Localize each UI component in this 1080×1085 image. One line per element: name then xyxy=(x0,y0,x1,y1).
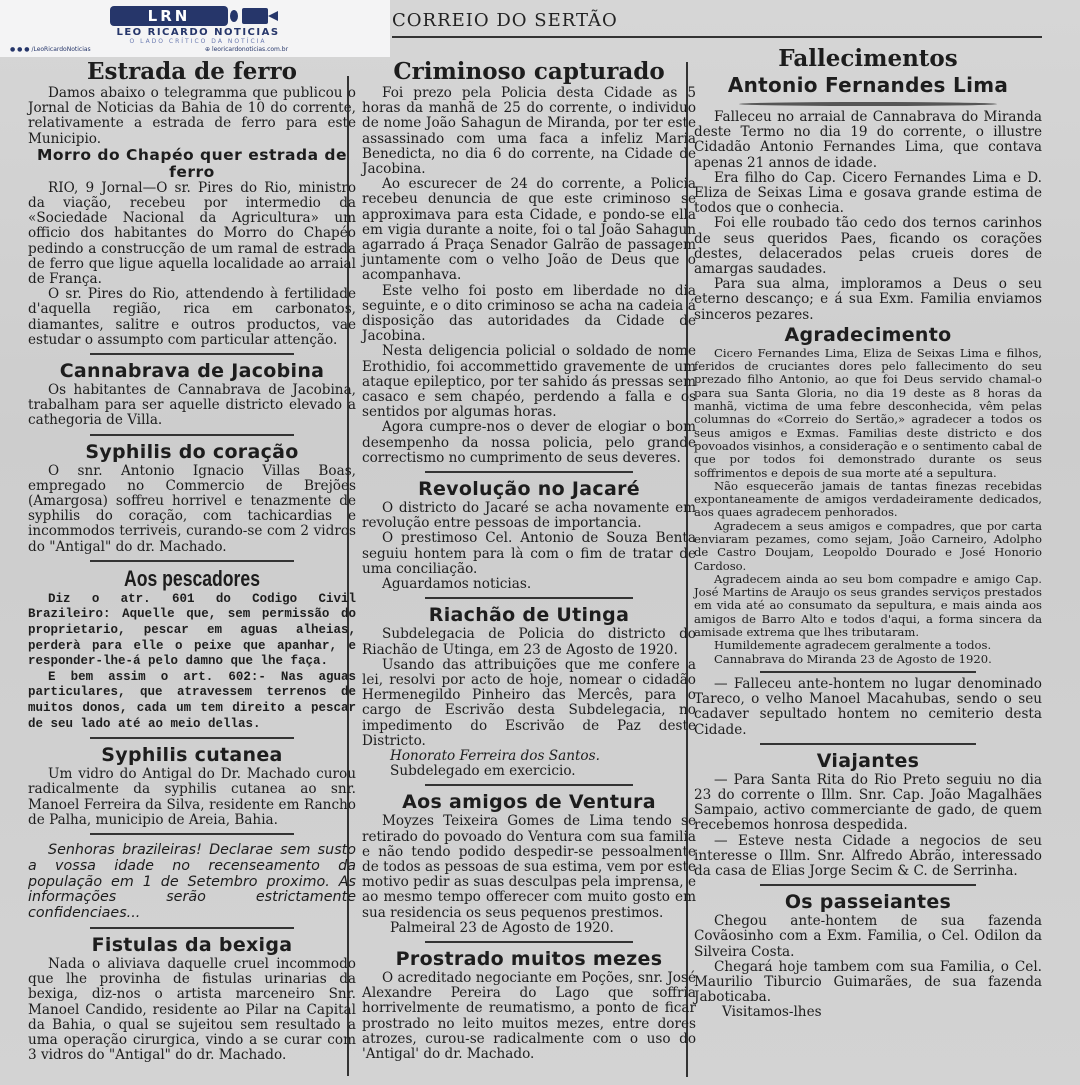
paragraph: O districto do Jacaré se acha novamente … xyxy=(362,501,696,531)
headline: Riachão de Utinga xyxy=(362,603,696,627)
masthead-rule xyxy=(392,36,1042,38)
paragraph: Chegou ante-hontem de sua fazenda Covãos… xyxy=(694,914,1042,960)
paragraph: Chegará hoje tambem com sua Familia, o C… xyxy=(694,960,1042,1006)
divider xyxy=(760,743,976,745)
paragraph: Damos abaixo o telegramma que publicou o… xyxy=(28,86,356,147)
article-agradecimento: Agradecimento Cicero Fernandes Lima, Eli… xyxy=(694,323,1042,666)
watermark-logo: LRN LEO RICARDO NOTICIAS O LADO CRÍTICO … xyxy=(0,0,390,57)
article-riachao: Riachão de Utinga Subdelegacia de Polici… xyxy=(362,603,696,779)
divider xyxy=(90,434,293,436)
article-fallecimentos: Fallecimentos Antonio Fernandes Lima Fal… xyxy=(694,44,1042,323)
paragraph: Cicero Fernandes Lima, Eliza de Seixas L… xyxy=(694,347,1042,480)
headline: Cannabrava de Jacobina xyxy=(28,359,356,383)
paragraph: — Falleceu ante-hontem no lugar denomina… xyxy=(694,677,1042,738)
paragraph: Moyzes Teixeira Gomes de Lima tendo se r… xyxy=(362,814,696,920)
paragraph: Subdelegacia de Policia do districto do … xyxy=(362,627,696,657)
camera-icon xyxy=(230,8,286,24)
article-prostrado: Prostrado muitos mezes O acreditado nego… xyxy=(362,947,696,1062)
article-obito: — Falleceu ante-hontem no lugar denomina… xyxy=(694,677,1042,738)
paragraph: — Para Santa Rita do Rio Preto seguiu no… xyxy=(694,773,1042,834)
paragraph: Senhoras brazileiras! Declarae sem susto… xyxy=(28,843,356,922)
paragraph: Foi elle roubado tão cedo dos ternos car… xyxy=(694,216,1042,277)
divider xyxy=(425,471,632,473)
headline: Estrada de ferro xyxy=(28,57,356,86)
article-senhoras: Senhoras brazileiras! Declarae sem susto… xyxy=(28,843,356,922)
headline: Criminoso capturado xyxy=(362,57,696,86)
paragraph: Ao escurecer de 24 do corrente, a Polici… xyxy=(362,177,696,283)
social-icons: ● ● ● xyxy=(10,46,31,53)
article-estrada-de-ferro: Estrada de ferro Damos abaixo o telegram… xyxy=(28,57,356,348)
divider xyxy=(425,784,632,786)
column-1: Estrada de ferro Damos abaixo o telegram… xyxy=(28,57,356,1063)
divider xyxy=(425,597,632,599)
logo-badge: LRN xyxy=(110,6,228,26)
article-ventura: Aos amigos de Ventura Moyzes Teixeira Go… xyxy=(362,790,696,936)
headline: Agradecimento xyxy=(694,323,1042,347)
column-2: Criminoso capturado Foi prezo pela Polic… xyxy=(362,57,696,1062)
social-handle: ● ● ● /LeoRicardoNoticias xyxy=(10,46,91,53)
paragraph: Agradecem a seus amigos e compadres, que… xyxy=(694,520,1042,573)
masthead: CORREIO DO SERTÃO xyxy=(392,10,618,31)
paragraph: O prestimoso Cel. Antonio de Souza Benta… xyxy=(362,531,696,577)
headline: Aos amigos de Ventura xyxy=(362,790,696,814)
subheadline: Morro do Chapéo quer estrada de ferro xyxy=(28,147,356,181)
article-viajantes: Viajantes — Para Santa Rita do Rio Preto… xyxy=(694,749,1042,879)
signature: Honorato Ferreira dos Santos. xyxy=(362,749,696,764)
paragraph: Falleceu no arraial de Cannabrava do Mir… xyxy=(694,110,1042,171)
paragraph: Foi prezo pela Policia desta Cidade as 5… xyxy=(362,86,696,177)
dateline: Palmeiral 23 de Agosto de 1920. xyxy=(362,921,696,936)
paragraph: E bem assim o art. 602:- Nas aguas parti… xyxy=(28,670,356,732)
headline: Os passeiantes xyxy=(694,890,1042,914)
logo-name: LEO RICARDO NOTICIAS xyxy=(48,27,348,38)
article-pescadores: Aos pescadores Diz o atr. 601 do Codigo … xyxy=(28,566,356,732)
paragraph: Este velho foi posto em liberdade no dia… xyxy=(362,284,696,345)
paragraph: Agradecem ainda ao seu bom compadre e am… xyxy=(694,573,1042,639)
article-cannabrava: Cannabrava de Jacobina Os habitantes de … xyxy=(28,359,356,429)
signature-role: Subdelegado em exercicio. xyxy=(362,764,696,779)
headline: Antonio Fernandes Lima xyxy=(694,73,1042,97)
divider xyxy=(760,884,976,886)
section-title: Fallecimentos xyxy=(694,44,1042,73)
article-fistulas: Fistulas da bexiga Nada o aliviava daque… xyxy=(28,933,356,1063)
headline: Syphilis cutanea xyxy=(28,743,356,767)
ornamental-divider xyxy=(739,102,997,106)
headline: Aos pescadores xyxy=(61,566,323,592)
logo-tagline: O LADO CRÍTICO DA NOTÍCIA xyxy=(48,38,348,45)
divider xyxy=(90,560,293,562)
divider xyxy=(760,671,976,673)
paragraph: Os habitantes de Cannabrava de Jacobina,… xyxy=(28,383,356,429)
paragraph: — Esteve nesta Cidade a negocios de seu … xyxy=(694,834,1042,880)
column-3: Fallecimentos Antonio Fernandes Lima Fal… xyxy=(694,44,1042,1021)
paragraph: Não esquecerão jamais de tantas finezas … xyxy=(694,480,1042,520)
headline: Syphilis do coração xyxy=(28,440,356,464)
headline: Prostrado muitos mezes xyxy=(362,947,696,971)
paragraph: O snr. Antonio Ignacio Villas Boas, empr… xyxy=(28,464,356,555)
paragraph: Um vidro do Antigal do Dr. Machado curou… xyxy=(28,767,356,828)
divider xyxy=(90,353,293,355)
paragraph: Nada o aliviava daquelle cruel incommodo… xyxy=(28,957,356,1063)
article-syphilis-coracao: Syphilis do coração O snr. Antonio Ignac… xyxy=(28,440,356,555)
paragraph: Diz o atr. 601 do Codigo Civil Brazileir… xyxy=(28,592,356,670)
article-passeantes: Os passeiantes Chegou ante-hontem de sua… xyxy=(694,890,1042,1020)
paragraph: O sr. Pires do Rio, attendendo à fertili… xyxy=(28,287,356,348)
paragraph: Nesta deligencia policial o soldado de n… xyxy=(362,344,696,420)
paragraph: Usando das attribuições que me confere a… xyxy=(362,658,696,749)
dateline: Cannabrava do Miranda 23 de Agosto de 19… xyxy=(694,653,1042,666)
paragraph: Para sua alma, imploramos a Deus o seu e… xyxy=(694,277,1042,323)
headline: Viajantes xyxy=(694,749,1042,773)
divider xyxy=(90,927,293,929)
site-url: ⊕ leoricardonoticias.com.br xyxy=(205,46,288,53)
closing-line: Visitamos-lhes xyxy=(694,1005,1042,1020)
paragraph: Agora cumpre-nos o dever de elogiar o bo… xyxy=(362,420,696,466)
paragraph: RIO, 9 Jornal—O sr. Pires do Rio, minist… xyxy=(28,181,356,287)
divider xyxy=(425,941,632,943)
paragraph: Aguardamos noticias. xyxy=(362,577,696,592)
divider xyxy=(90,737,293,739)
globe-icon: ⊕ xyxy=(205,46,212,53)
paragraph: Humildemente agradecem geralmente a todo… xyxy=(694,639,1042,652)
headline: Revolução no Jacaré xyxy=(362,477,696,501)
article-revolucao: Revolução no Jacaré O districto do Jacar… xyxy=(362,477,696,592)
newspaper-page: LRN LEO RICARDO NOTICIAS O LADO CRÍTICO … xyxy=(0,0,1080,1085)
headline: Fistulas da bexiga xyxy=(28,933,356,957)
divider xyxy=(90,833,293,835)
paragraph: Era filho do Cap. Cicero Fernandes Lima … xyxy=(694,171,1042,217)
paragraph: O acreditado negociante em Poções, snr. … xyxy=(362,971,696,1062)
article-syphilis-cutanea: Syphilis cutanea Um vidro do Antigal do … xyxy=(28,743,356,828)
article-criminoso: Criminoso capturado Foi prezo pela Polic… xyxy=(362,57,696,466)
